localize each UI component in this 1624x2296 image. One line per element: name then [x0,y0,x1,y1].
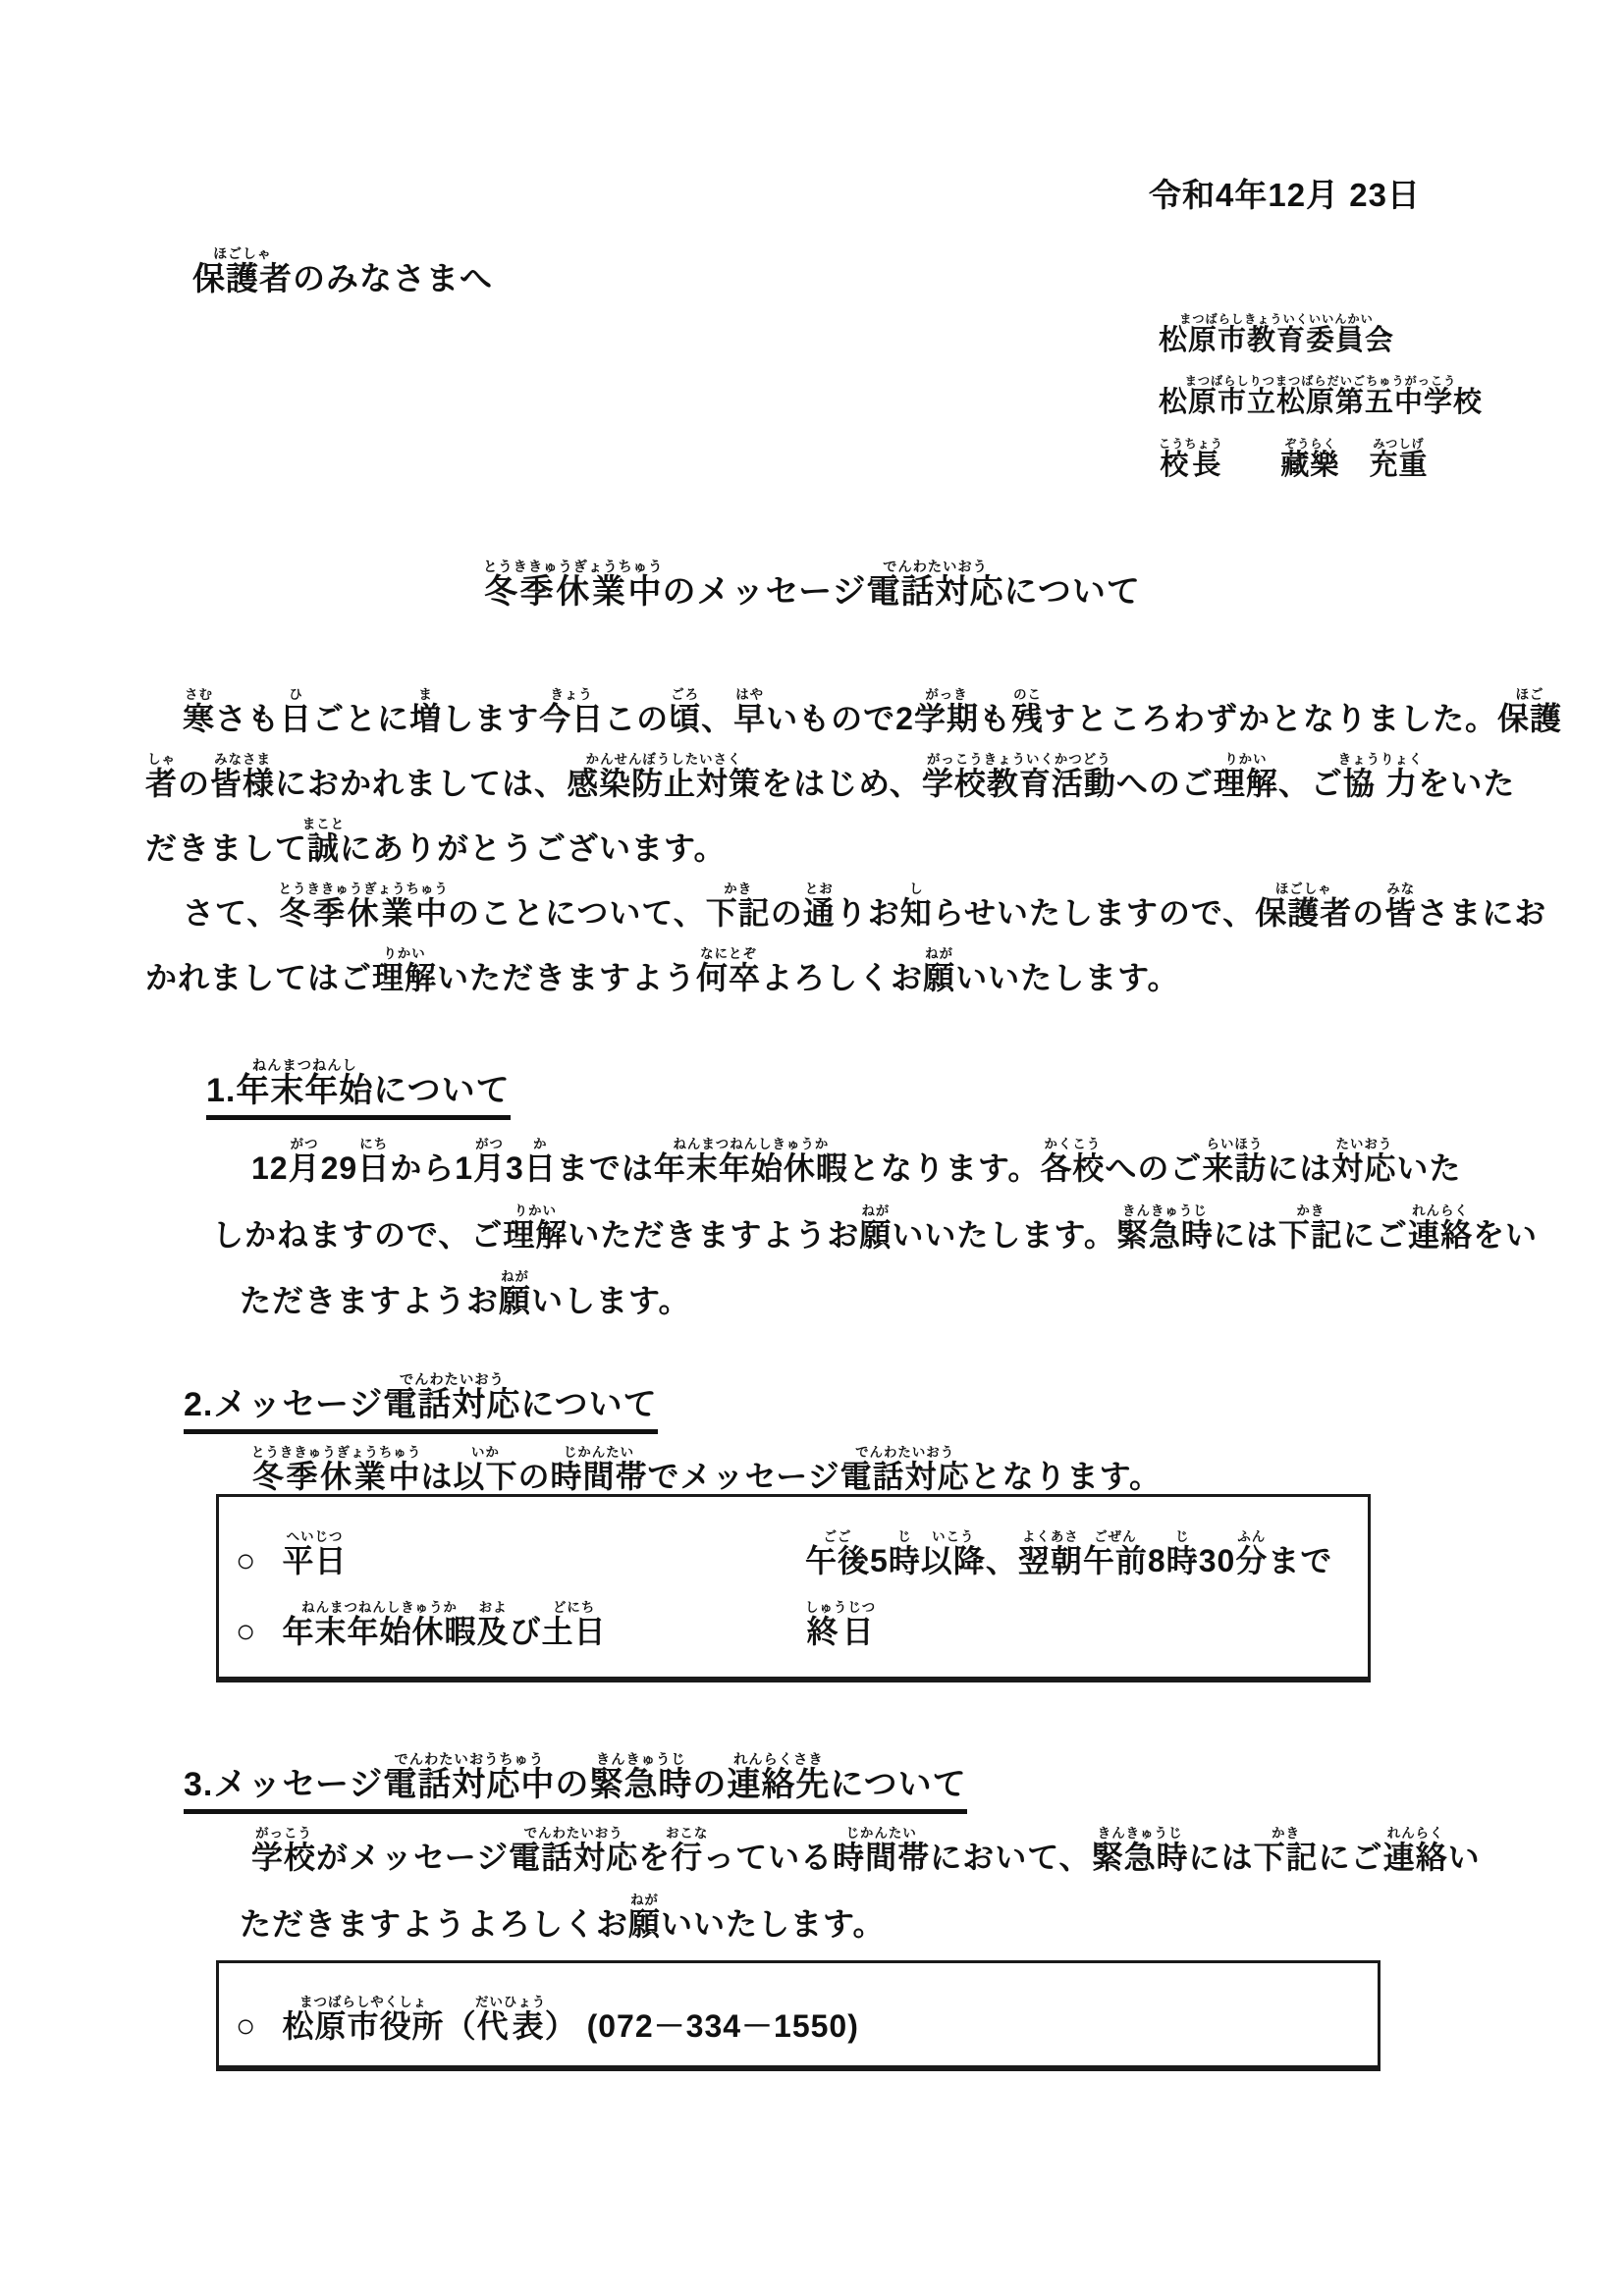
circle-bullet: ○ [236,1613,257,1651]
intro-p2-line2: かれましてはご理解りかいいただきますよう何卒なにとぞよろしくお願ねがいいたします… [145,946,1180,996]
contact-row: ○松原市役所まつばらしやくしょ（代表だいひょう） (072－334－1550) [236,1995,859,2046]
sender-principal-line: 校長こうちょう 藏樂ぞうらく 充重みつしげ [1159,437,1428,482]
circle-bullet: ○ [236,1542,257,1580]
schedule-holiday-text: 年末年始休暇ねんまつねんしきゅうか及および土日どにち [283,1600,607,1650]
document-page: 令和4年12月 23日 保護者ほごしゃのみなさまへ 松原市教育委員会まつばらしき… [0,0,1624,2296]
intro-p1-line3: だきまして誠まことにありがとうございます。 [145,817,726,867]
schedule-weekday-text: 平日へいじつ [283,1529,348,1579]
date-line: 令和4年12月 23日 [1149,177,1421,214]
sender-school-line: 松原市立松原第五中学校まつばらしりつまつばらだいごちゅうがっこう [1159,374,1483,419]
schedule-row-weekday-value: 午後ごご5時じ以降いこう、翌朝よくあさ午前ごぜん8時じ30分ふんまで [805,1529,1332,1579]
section3-body-line2: ただきますようよろしくお願ねがいいたします。 [240,1893,885,1943]
section1-body-line3: ただきますようお願ねがいします。 [240,1269,690,1319]
intro-p1-line1: 寒さむさも日ひごとに増まします今日きょうこの頃ごろ、早はやいもので2学期がっきも… [183,687,1562,737]
section2-intro-line: 冬季休業中とうききゅうぎょうちゅうは以下いかの時間帯じかんたいでメッセージ電話対… [251,1445,1162,1495]
recipient-line: 保護者ほごしゃのみなさまへ [192,245,493,297]
section1-body-line2: しかねますので、ご理解りかいいただきますようお願ねがいいたします。緊急時きんきゅ… [212,1203,1538,1254]
schedule-row-weekday-label: ○平日へいじつ [236,1529,348,1580]
section3-heading: 3.メッセージ電話対応中でんわたいおうちゅうの緊急時きんきゅうじの連絡先れんらく… [184,1752,967,1814]
schedule-row-holiday-value: 終日しゅうじつ [805,1600,876,1650]
contact-label: 松原市役所まつばらしやくしょ（代表だいひょう） (072－334－1550) [283,1995,859,2045]
section1-body-line1: 12月がつ29日にちから1月がつ3日かまでは年末年始休暇ねんまつねんしきゅうかと… [251,1137,1461,1187]
schedule-box [216,1494,1371,1682]
schedule-row-holiday-label: ○年末年始休暇ねんまつねんしきゅうか及および土日どにち [236,1600,607,1651]
sender-org-line: 松原市教育委員会まつばらしきょういくいいんかい [1159,312,1394,357]
section2-heading: 2.メッセージ電話対応でんわたいおうについて [184,1372,658,1434]
section1-heading: 1.年末年始ねんまつねんしについて [206,1058,511,1120]
section3-body-line1: 学校がっこうがメッセージ電話対応でんわたいおうを行おこなっている時間帯じかんたい… [251,1826,1481,1876]
document-title: 冬季休業中とうききゅうぎょうちゅうのメッセージ電話対応でんわたいおうについて [0,560,1624,612]
circle-bullet: ○ [236,2007,257,2046]
intro-p1-line2: 者しゃの皆様みなさまにおかれましては、感染防止対策かんせんぼうしたいさくをはじめ… [145,752,1515,802]
intro-p2-line1: さて、冬季休業中とうききゅうぎょうちゅうのことについて、下記かきの通とおりお知し… [183,881,1546,932]
